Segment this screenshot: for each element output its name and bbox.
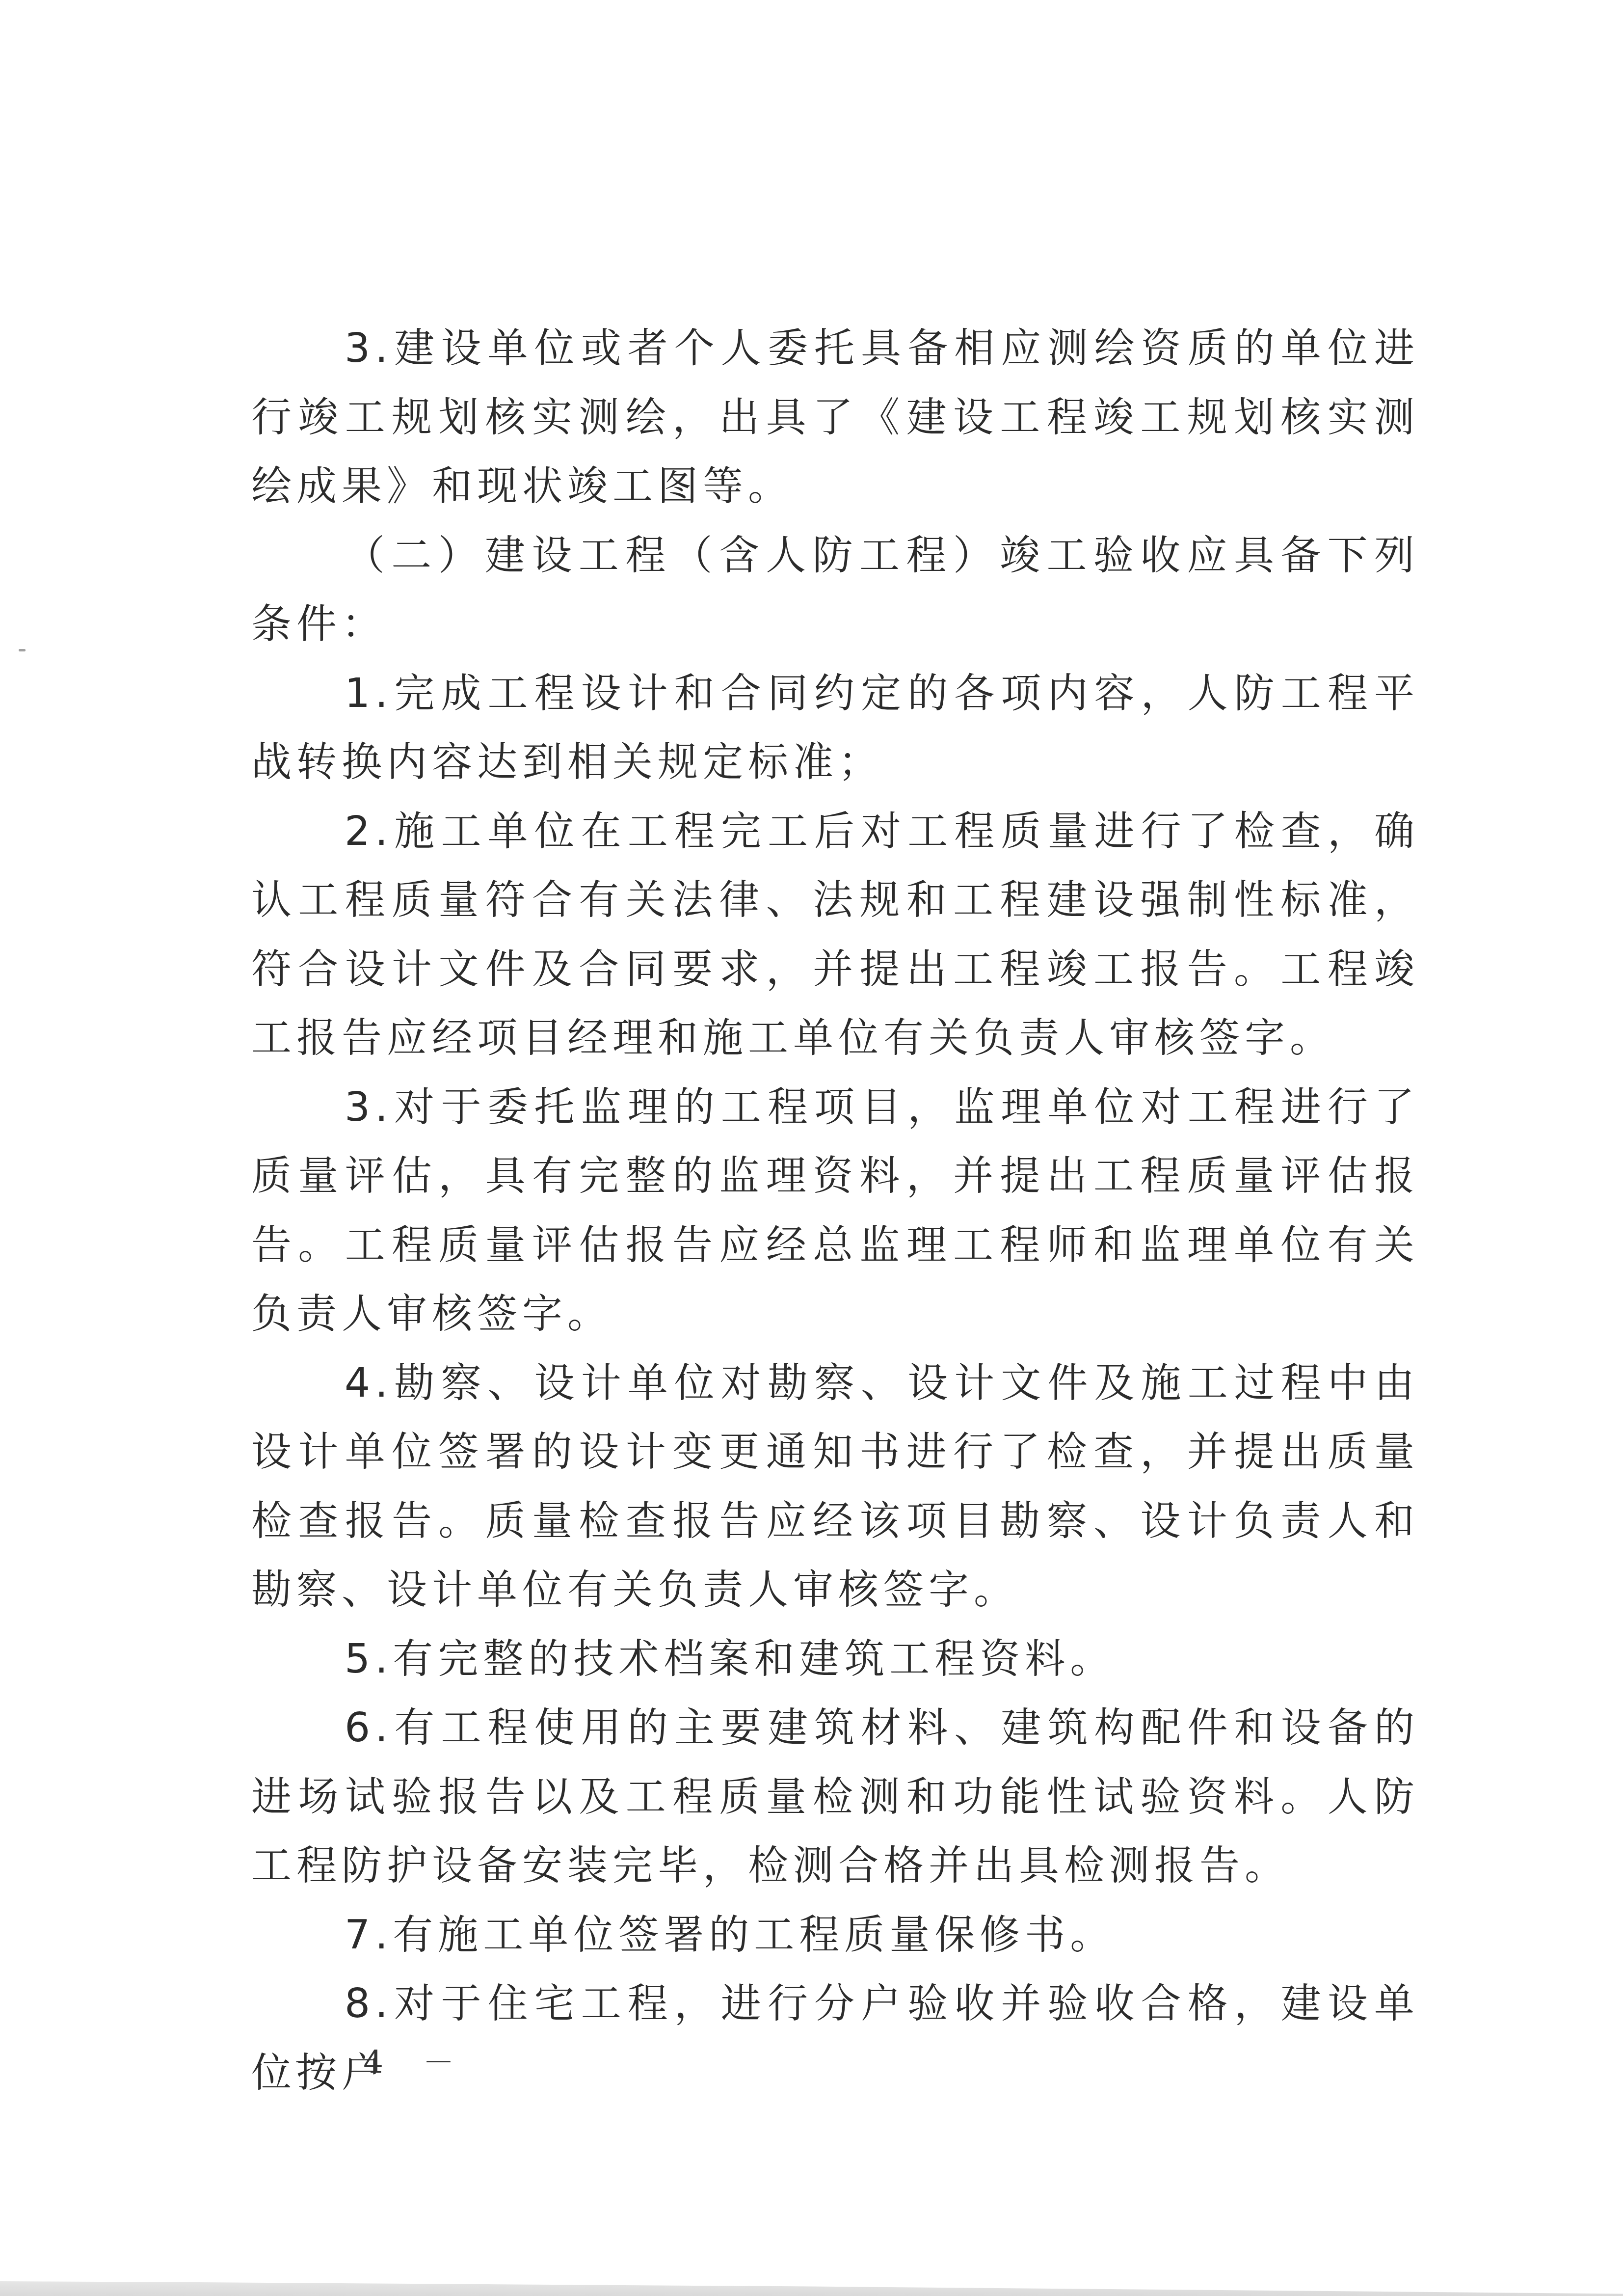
paragraph-condition-3: 3.对于委托监理的工程项目，监理单位对工程进行了质量评估，具有完整的监理资料，并…: [251, 1073, 1419, 1349]
page-number: － 4 －: [293, 2037, 469, 2082]
paragraph-condition-5: 5.有完整的技术档案和建筑工程资料。: [251, 1625, 1419, 1694]
document-body: 3.建设单位或者个人委托具备相应测绘资质的单位进行竣工规划核实测绘，出具了《建设…: [251, 314, 1419, 2107]
paragraph-condition-4: 4.勘察、设计单位对勘察、设计文件及施工过程中由设计单位签署的设计变更通知书进行…: [251, 1349, 1419, 1625]
document-page: 3.建设单位或者个人委托具备相应测绘资质的单位进行竣工规划核实测绘，出具了《建设…: [0, 0, 1623, 2296]
paragraph-condition-2: 2.施工单位在工程完工后对工程质量进行了检查，确认工程质量符合有关法律、法规和工…: [251, 797, 1419, 1073]
paragraph-item-3-survey: 3.建设单位或者个人委托具备相应测绘资质的单位进行竣工规划核实测绘，出具了《建设…: [251, 314, 1419, 521]
paragraph-condition-1: 1.完成工程设计和合同约定的各项内容，人防工程平战转换内容达到相关规定标准；: [251, 659, 1419, 797]
paragraph-condition-6: 6.有工程使用的主要建筑材料、建筑构配件和设备的进场试验报告以及工程质量检测和功…: [251, 1694, 1419, 1901]
section-heading-acceptance-conditions: （二）建设工程（含人防工程）竣工验收应具备下列条件：: [251, 521, 1419, 659]
scan-bottom-edge: [0, 2281, 1623, 2296]
paragraph-condition-7: 7.有施工单位签署的工程质量保修书。: [251, 1901, 1419, 1970]
scan-artifact-speck: [19, 649, 26, 651]
